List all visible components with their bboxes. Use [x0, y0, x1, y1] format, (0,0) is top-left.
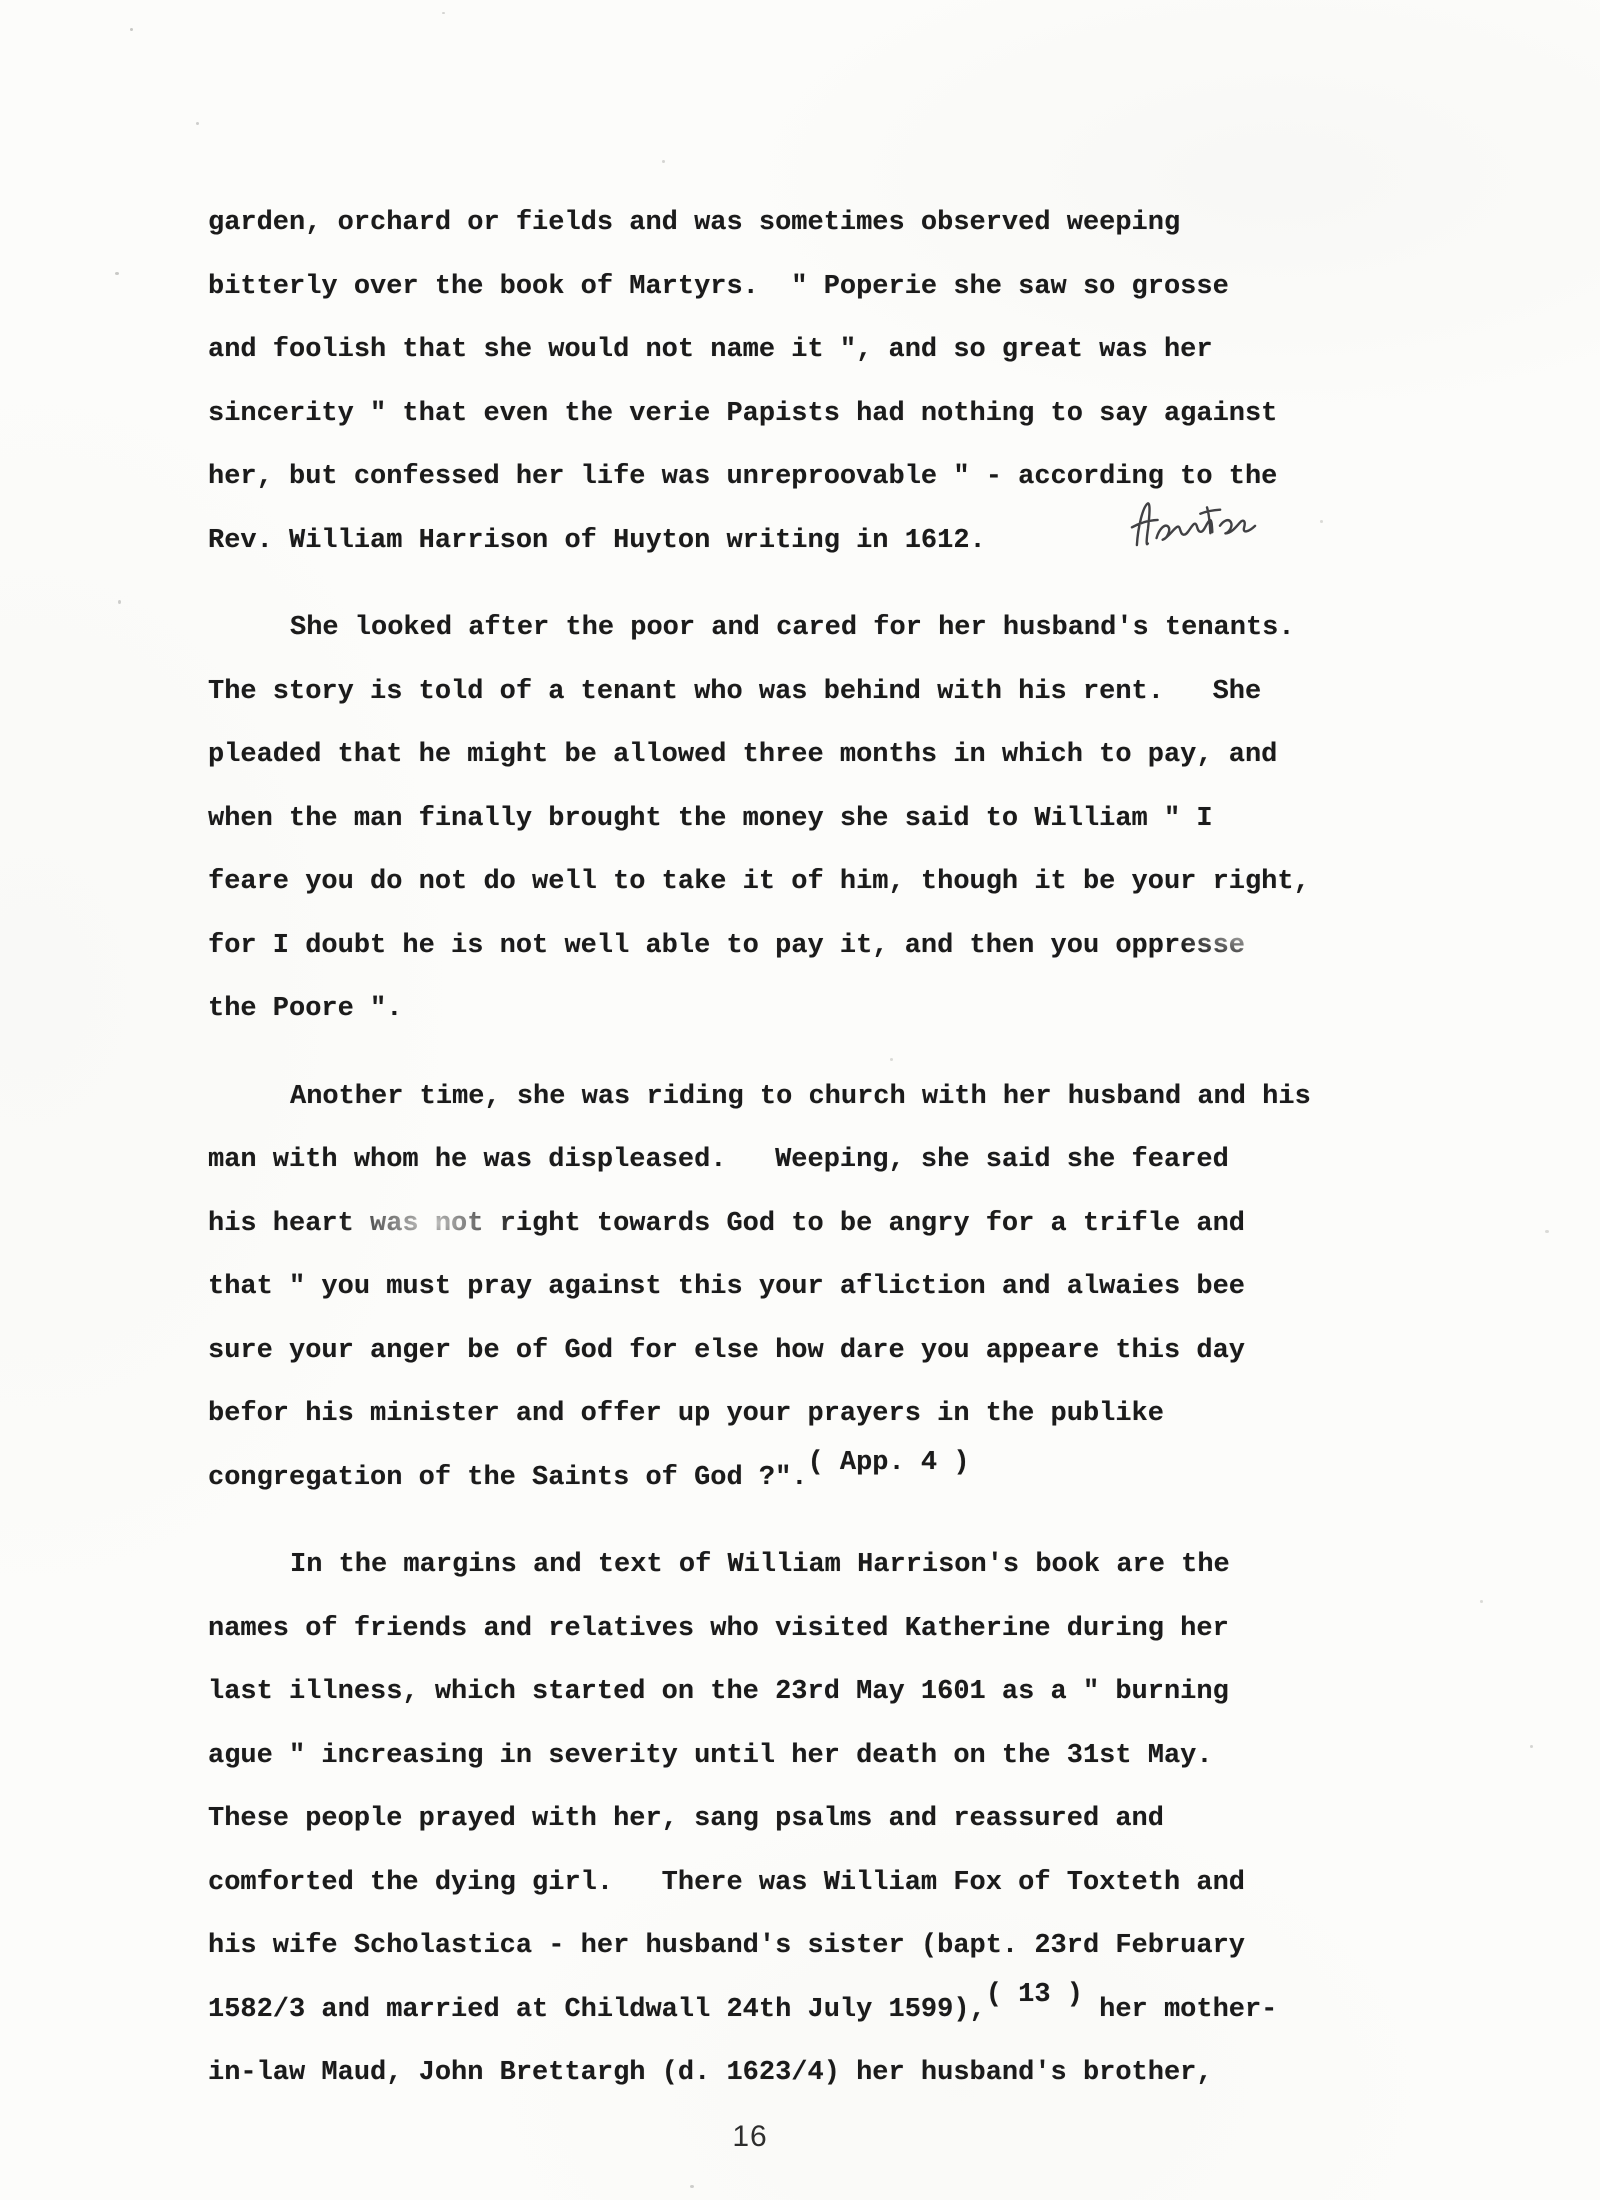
text-line: The story is told of a tenant who was be…	[208, 661, 1458, 725]
text-segment: bitterly over the book of Martyrs. " Pop…	[208, 272, 1229, 302]
text-segment: She looked after the poor and cared for …	[290, 613, 1295, 643]
text-line: that " you must pray against this your a…	[208, 1256, 1458, 1320]
text-line: befor his minister and offer up your pra…	[208, 1383, 1458, 1447]
text-segment: congregation of the Saints of God ?".	[208, 1463, 808, 1493]
text-line: sincerity " that even the verie Papists …	[208, 383, 1458, 447]
scan-speck	[130, 28, 133, 31]
paragraph: She looked after the poor and cared for …	[208, 597, 1458, 1042]
scan-speck	[1545, 1230, 1549, 1233]
text-segment: Another time, she was riding to church w…	[290, 1082, 1311, 1112]
scan-speck	[118, 600, 121, 604]
text-segment: last illness, which started on the 23rd …	[208, 1677, 1229, 1707]
text-line: last illness, which started on the 23rd …	[208, 1661, 1458, 1725]
text-segment: ague " increasing in severity until her …	[208, 1741, 1213, 1771]
text-line: his heart was not right towards God to b…	[208, 1193, 1458, 1257]
text-segment: befor his minister and offer up your pra…	[208, 1399, 1164, 1429]
text-line: the Poore ".	[208, 978, 1458, 1042]
paragraph: In the margins and text of William Harri…	[208, 1534, 1458, 2106]
text-line: ague " increasing in severity until her …	[208, 1725, 1458, 1789]
paragraph: garden, orchard or fields and was someti…	[208, 192, 1458, 573]
text-segment: man with whom he was displeased. Weeping…	[208, 1145, 1229, 1175]
handwritten-footnote-annotation	[1126, 491, 1264, 563]
text-line: her, but confessed her life was unreproo…	[208, 446, 1458, 510]
text-segment: The story is told of a tenant who was be…	[208, 677, 1261, 707]
text-line: feare you do not do well to take it of h…	[208, 851, 1458, 915]
text-line: In the margins and text of William Harri…	[208, 1534, 1458, 1598]
text-segment: in-law Maud, John Brettargh (d. 1623/4) …	[208, 2058, 1213, 2088]
text-line: sure your anger be of God for else how d…	[208, 1320, 1458, 1384]
scanned-page: garden, orchard or fields and was someti…	[0, 0, 1600, 2200]
text-line: These people prayed with her, sang psalm…	[208, 1788, 1458, 1852]
reference-marker: ( App. 4 )	[808, 1448, 970, 1478]
text-segment: his wife Scholastica - her husband's sis…	[208, 1931, 1245, 1961]
text-segment: garden, orchard or fields and was someti…	[208, 208, 1180, 238]
text-segment: pleaded that he might be allowed three m…	[208, 740, 1277, 770]
text-segment: her, but confessed her life was unreproo…	[208, 462, 1277, 492]
scan-speck	[115, 272, 119, 275]
paragraph: Another time, she was riding to church w…	[208, 1066, 1458, 1511]
text-line: in-law Maud, John Brettargh (d. 1623/4) …	[208, 2042, 1458, 2106]
text-segment: In the margins and text of William Harri…	[290, 1550, 1230, 1580]
scan-speck	[1530, 1745, 1533, 1748]
text-line: man with whom he was displeased. Weeping…	[208, 1129, 1458, 1193]
scan-speck	[662, 160, 665, 163]
text-line: garden, orchard or fields and was someti…	[208, 192, 1458, 256]
text-segment: that " you must pray against this your a…	[208, 1272, 1245, 1302]
text-segment: comforted the dying girl. There was Will…	[208, 1868, 1245, 1898]
text-segment: feare you do not do well to take it of h…	[208, 867, 1310, 897]
text-segment: her mother-	[1083, 1995, 1277, 2025]
scan-speck	[1480, 1600, 1483, 1603]
text-segment: and foolish that she would not name it "…	[208, 335, 1213, 365]
text-line: names of friends and relatives who visit…	[208, 1598, 1458, 1662]
text-line: for I doubt he is not well able to pay i…	[208, 915, 1458, 979]
text-line: and foolish that she would not name it "…	[208, 319, 1458, 383]
text-segment: when the man finally brought the money s…	[208, 804, 1213, 834]
text-line: congregation of the Saints of God ?".( A…	[208, 1447, 1458, 1511]
reference-marker: ( 13 )	[986, 1980, 1083, 2010]
text-line: 1582/3 and married at Childwall 24th Jul…	[208, 1979, 1458, 2043]
text-segment: These people prayed with her, sang psalm…	[208, 1804, 1164, 1834]
text-segment: sincerity " that even the verie Papists …	[208, 399, 1277, 429]
text-segment: Rev. William Harrison of Huyton writing …	[208, 526, 986, 556]
scan-speck	[690, 2185, 694, 2188]
text-line: bitterly over the book of Martyrs. " Pop…	[208, 256, 1458, 320]
text-segment: for I doubt he is not well able to pay i…	[208, 931, 1245, 961]
text-segment: sure your anger be of God for else how d…	[208, 1336, 1245, 1366]
text-line: pleaded that he might be allowed three m…	[208, 724, 1458, 788]
scan-speck	[196, 122, 199, 125]
text-line: She looked after the poor and cared for …	[208, 597, 1458, 661]
text-segment: 1582/3 and married at Childwall 24th Jul…	[208, 1995, 986, 2025]
scan-speck	[442, 12, 445, 14]
text-line: when the man finally brought the money s…	[208, 788, 1458, 852]
text-segment: his heart was not right towards God to b…	[208, 1209, 1245, 1239]
text-segment: the Poore ".	[208, 994, 402, 1024]
text-line: comforted the dying girl. There was Will…	[208, 1852, 1458, 1916]
footnote-scribble-icon	[1126, 491, 1264, 558]
page-number: 16	[690, 2120, 810, 2154]
page-text: garden, orchard or fields and was someti…	[208, 192, 1458, 2106]
text-line: his wife Scholastica - her husband's sis…	[208, 1915, 1458, 1979]
text-line: Another time, she was riding to church w…	[208, 1066, 1458, 1130]
text-line: Rev. William Harrison of Huyton writing …	[208, 510, 1458, 574]
text-segment: names of friends and relatives who visit…	[208, 1614, 1229, 1644]
